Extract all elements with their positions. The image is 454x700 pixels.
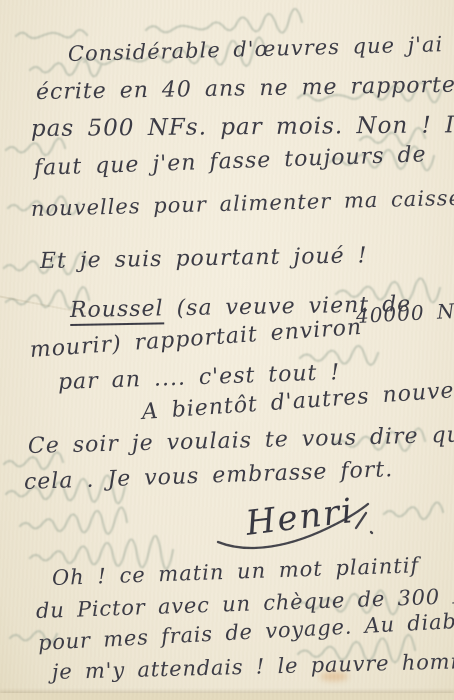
letter-line-2: écrite en 40 ans ne me rapporte xyxy=(36,75,454,104)
letter-line-3: pas 500 NFs. par mois. Non ! Il xyxy=(31,114,454,141)
postscript-line-1: Oh ! ce matin un mot plaintif xyxy=(52,555,420,589)
paper-bottom-edge xyxy=(0,693,454,700)
letter-line-11: Ce soir je voulais te vous dire que xyxy=(28,424,454,458)
letter-line-5: nouvelles pour alimenter ma caisse. xyxy=(31,188,454,220)
ink-smudge-stain xyxy=(320,672,348,681)
letter-line-6: Et je suis pourtant joué ! xyxy=(40,245,368,273)
letter-page: Considérable d'œuvres que j'ai écrite en… xyxy=(0,0,454,700)
amount-40000nf: 40000 NF xyxy=(355,300,454,326)
underlined-name-roussel: Roussel xyxy=(70,296,164,326)
letter-line-12: cela . Je vous embrasse fort. xyxy=(24,459,394,494)
letter-line-4: faut que j'en fasse toujours de xyxy=(34,144,427,180)
letter-line-1: Considérable d'œuvres que j'ai xyxy=(68,34,444,65)
